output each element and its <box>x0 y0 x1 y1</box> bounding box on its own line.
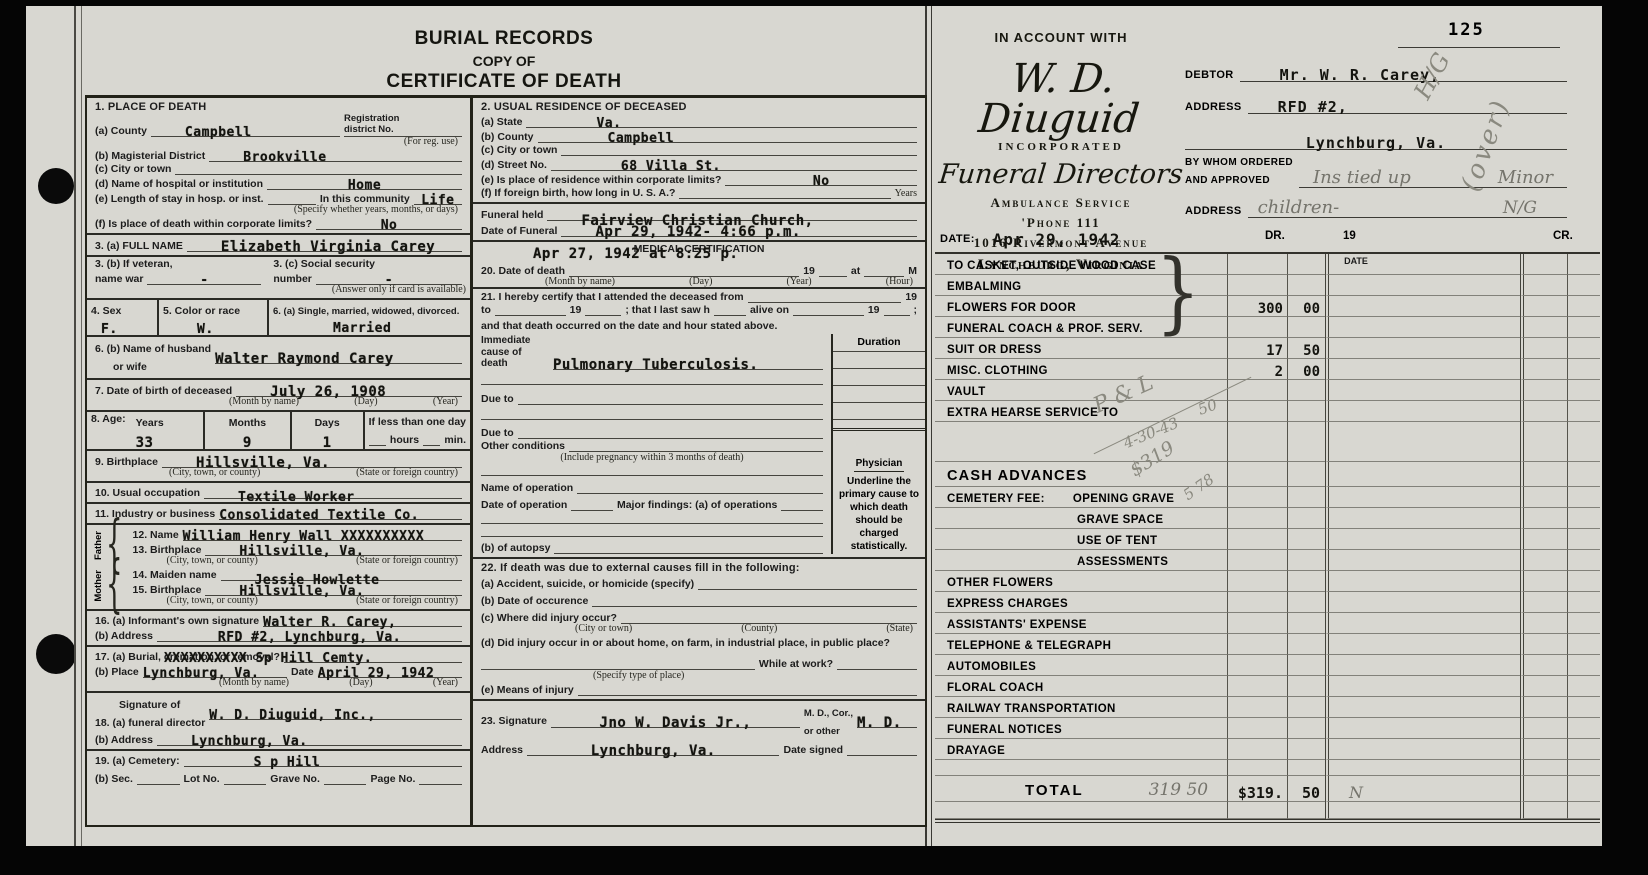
res-corporate-label: (e) Is place of residence within corpora… <box>481 174 721 186</box>
date-cell <box>1325 592 1383 613</box>
address-value-4: N/G <box>1503 200 1537 217</box>
min-label: min. <box>444 434 466 446</box>
cause-of-death-main: Immediate cause of death Pulmonary Tuber… <box>473 334 831 554</box>
father-label: Father <box>93 531 104 560</box>
date-cell <box>1325 508 1383 529</box>
memo-cell <box>1383 338 1520 359</box>
memo-cell <box>1383 655 1520 676</box>
birthplace-line: Hillsville, Va. <box>162 453 462 468</box>
field-physician-signature: 23. Signature Jno W. Davis Jr., M. D., C… <box>481 703 917 739</box>
attended-from-line <box>748 302 902 303</box>
full-name-line: Elizabeth Virginia Carey <box>187 237 462 252</box>
cr-cents-cell <box>1567 275 1600 296</box>
item-label: TO CASKET, OUTSIDE WOOD CASE <box>947 260 1156 272</box>
item-cell: OTHER FLOWERS <box>935 571 1227 592</box>
corporate-value: No <box>381 219 398 232</box>
dr-cents-cell <box>1287 508 1325 529</box>
county-line: Campbell <box>151 123 340 137</box>
address-value-3: children- <box>1258 199 1340 217</box>
informant-value: Walter R. Carey, <box>263 616 396 629</box>
informant-address-label: (b) Address <box>95 630 153 642</box>
memo-cell <box>1383 634 1520 655</box>
ledger-row-funeral-notices: FUNERAL NOTICES <box>935 718 1600 739</box>
certify-19a: 19 <box>905 291 917 303</box>
section-funeral-director: Signature of 18. (a) funeral director W.… <box>87 691 470 749</box>
occupation-line: Textile Worker <box>204 485 462 499</box>
item-cell: CASH ADVANCES <box>935 462 1227 487</box>
ssn-value: - <box>385 274 393 287</box>
certify-text-1: 21. I hereby certify that I attended the… <box>481 291 744 303</box>
field-res-city: (c) City or town <box>481 144 917 156</box>
cr-dollars-cell <box>1520 359 1567 380</box>
ledger-row-grave-space: GRAVE SPACE <box>935 508 1600 529</box>
cr-dollars-cell <box>1520 676 1567 697</box>
date-of-funeral-label: Date of Funeral <box>481 225 557 237</box>
memo-cell <box>1383 508 1520 529</box>
other-conditions-caption: (Include pregnancy within 3 months of de… <box>473 453 831 463</box>
cr-cents-cell <box>1567 739 1600 760</box>
certify-19b: 19 <box>570 304 582 316</box>
stay-caption-row: (Specify whether years, months, or days) <box>99 205 458 215</box>
section-funeral: Funeral held Fairview Christian Church, … <box>473 202 925 240</box>
memo-cell <box>1383 739 1520 760</box>
burial-place-line: Lynchburg, Va. <box>143 664 287 678</box>
sex-cell: 4. Sex F. <box>87 300 157 335</box>
certify-line-1: 21. I hereby certify that I attended the… <box>481 291 917 303</box>
date-cell <box>1325 275 1383 296</box>
blank-rule-3 <box>481 463 823 476</box>
dr-cents-cell <box>1287 487 1325 508</box>
date-cell <box>1325 529 1383 550</box>
date-cell <box>1325 422 1383 462</box>
immediate-cause-line: Pulmonary Tuberculosis. <box>553 355 823 370</box>
cause-of-death-grid: Immediate cause of death Pulmonary Tuber… <box>473 334 925 554</box>
occupation-value: Textile Worker <box>238 491 355 504</box>
memo-cell <box>1383 613 1520 634</box>
memo-cell <box>1383 776 1520 802</box>
cr-dollars-cell <box>1520 487 1567 508</box>
item-label: GRAVE SPACE <box>947 514 1163 526</box>
field-funeral-director: Signature of 18. (a) funeral director W.… <box>95 695 462 731</box>
section-occupation: 10. Usual occupation Textile Worker <box>87 481 470 502</box>
hours-line <box>369 445 386 446</box>
ordered-by-value-1: Ins tied up <box>1313 169 1411 187</box>
field-accident: (a) Accident, suicide, or homicide (spec… <box>481 578 917 590</box>
date-cell <box>1325 487 1383 508</box>
dr-cents-cell <box>1287 254 1325 275</box>
item-cell: RAILWAY TRANSPORTATION <box>935 697 1227 718</box>
mother-caption-2: (State or foreign country) <box>356 596 458 606</box>
blank-rule-4 <box>481 511 823 524</box>
ssn-caption: (Answer only if card is available) <box>332 285 466 295</box>
item-cell: EXPRESS CHARGES <box>935 592 1227 613</box>
less-than-day-label: If less than one day <box>369 416 466 428</box>
city-label: (c) City or town <box>95 163 171 175</box>
cr-cents-cell <box>1567 676 1600 697</box>
item-cell: DRAYAGE <box>935 739 1227 760</box>
dr-dollars-cell <box>1227 718 1287 739</box>
hours-min-row: hours min. <box>369 434 466 446</box>
physician-address-value: Lynchburg, Va. <box>591 744 716 758</box>
firm-name: W. D. Diuguid <box>931 59 1191 139</box>
full-name-value: Elizabeth Virginia Carey <box>221 240 435 254</box>
age-days-cell: Days 1 <box>290 412 363 449</box>
date-cell <box>1325 359 1383 380</box>
certify-line-3: and that death occurred on the date and … <box>481 320 917 332</box>
item-cell <box>935 802 1227 819</box>
veteran-line-row: name war - <box>95 271 261 285</box>
city-line <box>175 174 462 175</box>
lot-label: Lot No. <box>184 773 220 785</box>
age-years-value: 33 <box>136 436 164 450</box>
cr-cents-cell <box>1567 760 1600 776</box>
memo-cell <box>1383 317 1520 338</box>
cr-cents-cell <box>1567 422 1600 462</box>
cr-cents-cell <box>1567 296 1600 317</box>
dr-cents-cell <box>1287 655 1325 676</box>
field-birthplace: 9. Birthplace Hillsville, Va. <box>95 453 462 468</box>
dd-caption-day: (Day) <box>689 277 712 287</box>
ssn-line-row: number - <box>273 271 462 285</box>
dr-cents-cell: 00 <box>1287 296 1325 317</box>
dr-cents-cell <box>1287 401 1325 422</box>
county-value: Campbell <box>185 126 252 139</box>
mother-label: Mother <box>93 570 104 602</box>
cr-dollars-cell <box>1520 776 1567 802</box>
memo-cell <box>1383 359 1520 380</box>
dr-cents-cell <box>1287 592 1325 613</box>
dob-line: July 26, 1908 <box>236 382 462 397</box>
ordered-label-1: BY WHOM ORDERED <box>1185 157 1293 168</box>
county-label: (a) County <box>95 125 147 137</box>
alive-line <box>793 315 864 316</box>
date-signed-line <box>847 755 917 756</box>
cr-dollars-cell <box>1520 760 1567 776</box>
age-years-cell: 8. Age: Years 33 <box>87 412 203 449</box>
cr-dollars-cell <box>1520 802 1567 819</box>
ssn-label-1: 3. (c) Social security <box>273 258 470 270</box>
dr-dollars-cell <box>1227 760 1287 776</box>
item-cell: MISC. CLOTHING <box>935 359 1227 380</box>
duration-heading: Duration <box>833 334 925 352</box>
street-line: 68 Villa St. <box>551 157 917 171</box>
father-fields: 12. Name William Henry Wall XXXXXXXXXX 1… <box>125 526 470 566</box>
ssn-block: 3. (c) Social security number - (Answer … <box>269 258 470 295</box>
burial-line: XXXXXXXXXX Sp Hill Cemty. <box>284 649 462 663</box>
fd-address-line: Lynchburg, Va. <box>157 732 462 746</box>
accident-label: (a) Accident, suicide, or homicide (spec… <box>481 578 694 590</box>
dr-dollars-cell <box>1227 571 1287 592</box>
occurence-date-label: (b) Date of occurence <box>481 595 588 607</box>
section-age: 8. Age: Years 33 Months 9 Days 1 If less… <box>87 410 470 449</box>
ssn-caption-row: (Answer only if card is available) <box>273 285 466 295</box>
due-to-1-line <box>518 404 823 405</box>
dr-cents-cell <box>1287 676 1325 697</box>
fd-label-2: 18. (a) funeral director <box>95 717 205 729</box>
veteran-label-1: 3. (b) If veteran, <box>95 258 269 270</box>
memo-cell <box>1383 254 1520 275</box>
funeral-director-line: W. D. Diuguid, Inc., <box>209 706 462 720</box>
blank-rule-5 <box>481 524 823 537</box>
spouse-label: 6. (b) Name of husband or wife <box>95 339 211 375</box>
certify-semi: ; <box>914 304 918 316</box>
certify-alive: alive on <box>750 304 789 316</box>
certify-saw: ; that I last saw h <box>625 304 710 316</box>
veteran-label-2: name war <box>95 273 143 285</box>
cr-dollars-cell <box>1520 613 1567 634</box>
state-line: Va. <box>526 114 917 128</box>
birthplace-caption-2: (State or foreign country) <box>356 468 458 478</box>
field-street-no: (d) Street No. 68 Villa St. <box>481 157 917 171</box>
field-hospital: (d) Name of hospital or institution Home <box>95 176 462 190</box>
punch-hole-top <box>38 168 74 204</box>
dr-header: DR. <box>1265 230 1285 242</box>
age-label: 8. Age: <box>91 413 126 447</box>
date-cell <box>1325 655 1383 676</box>
stay-label: (e) Length of stay in hosp. or inst. <box>95 193 264 205</box>
veteran-line: - <box>147 271 261 285</box>
dr-dollars-cell <box>1227 462 1287 487</box>
title-line-1: BURIAL RECORDS <box>85 28 923 50</box>
cemetery-fee-label: CEMETERY FEE: <box>947 493 1045 505</box>
due-to-2-line <box>518 438 823 439</box>
physician-address-line: Lynchburg, Va. <box>527 741 779 756</box>
item-label: EMBALMING <box>947 281 1022 293</box>
item-cell: VAULT <box>935 380 1227 401</box>
dr-dollars: 300 <box>1258 302 1283 316</box>
address-line-1: RFD #2, <box>1248 98 1567 114</box>
cr-dollars-cell <box>1520 655 1567 676</box>
res-city-line <box>561 155 917 156</box>
cr-dollars-cell <box>1520 634 1567 655</box>
signature-label: 23. Signature <box>481 715 547 727</box>
item-cell: FUNERAL NOTICES <box>935 718 1227 739</box>
ledger-row-floral-coach: FLORAL COACH <box>935 676 1600 697</box>
dr-dollars-cell <box>1227 739 1287 760</box>
item-label: USE OF TENT <box>947 535 1157 547</box>
memo-cell <box>1383 676 1520 697</box>
field-date-of-funeral: Date of Funeral Apr 29, 1942- 4:66 p.m. <box>481 222 917 237</box>
injury-city-caption: (City or town) <box>575 624 632 634</box>
ledger-row-opening-grave: CEMETERY FEE:OPENING GRAVE <box>935 487 1600 508</box>
section-1-heading: 1. PLACE OF DEATH <box>95 101 470 113</box>
date-column-header: DATE <box>1344 256 1368 266</box>
ledger-row-express-charges: EXPRESS CHARGES <box>935 592 1600 613</box>
ledger-row-assistants-expense: ASSISTANTS' EXPENSE <box>935 613 1600 634</box>
address-value-1: RFD #2, <box>1278 100 1348 115</box>
section-spouse: 6. (b) Name of husband or wife Walter Ra… <box>87 335 470 378</box>
veteran-ssn-row: 3. (b) If veteran, name war - 3. (c) Soc… <box>87 258 470 295</box>
dob-label: 7. Date of birth of deceased <box>95 385 232 397</box>
street-value: 68 Villa St. <box>621 160 721 173</box>
cr-dollars-cell <box>1520 571 1567 592</box>
father-name-label: 12. Name <box>133 529 179 541</box>
dr-cents-cell <box>1287 571 1325 592</box>
to-line <box>495 315 566 316</box>
field-length-of-stay: (e) Length of stay in hosp. or inst. In … <box>95 191 462 205</box>
item-cell: AUTOMOBILES <box>935 655 1227 676</box>
ledger-row-extra-hearse: EXTRA HEARSE SERVICE TO <box>935 401 1600 422</box>
dd-year-line <box>819 276 847 277</box>
item-label: DRAYAGE <box>947 745 1005 757</box>
race-value: W. <box>197 323 263 336</box>
item-cell: GRAVE SPACE <box>935 508 1227 529</box>
field-foreign-birth: (f) If foreign birth, how long in U. S. … <box>481 187 917 199</box>
memo-cell <box>1383 487 1520 508</box>
cr-cents-cell <box>1567 776 1600 802</box>
item-cell: ASSESSMENTS <box>935 550 1227 571</box>
certify-19c: 19 <box>868 304 880 316</box>
dr-cents-cell <box>1287 422 1325 462</box>
res-corporate-value: No <box>813 175 830 188</box>
ledger-row-flowers: FLOWERS FOR DOOR 300 00 <box>935 296 1600 317</box>
dr-cents-cell <box>1287 462 1325 487</box>
cr-cents-cell <box>1567 571 1600 592</box>
date-cell <box>1325 462 1383 487</box>
memo-cell <box>1383 296 1520 317</box>
date-cell <box>1325 613 1383 634</box>
field-mother-birthplace: 15. Birthplace Hillsville, Va. <box>133 582 462 596</box>
dr-cents-cell <box>1287 613 1325 634</box>
alive-year-line <box>884 315 910 316</box>
ledger-brace: } <box>1156 248 1201 336</box>
field-immediate-cause: Immediate cause of death Pulmonary Tuber… <box>481 335 823 370</box>
for-reg-use-caption: (For reg. use) <box>404 137 458 147</box>
cr-cents-cell <box>1567 487 1600 508</box>
field-means-of-injury: (e) Means of injury <box>481 684 917 696</box>
injury-county-caption: (County) <box>741 624 777 634</box>
total-dr-dollars: $319. <box>1238 786 1283 801</box>
debtor-block: DEBTOR Mr. W. R. Carey, ADDRESS RFD #2, … <box>1185 48 1567 218</box>
field-res-county: (b) County Campbell <box>481 129 917 143</box>
ledger-row-blank-1 <box>935 422 1600 462</box>
dr-cents-cell <box>1287 760 1325 776</box>
ordered-by-value-2: Minor <box>1498 169 1553 187</box>
veteran-value: - <box>200 274 208 287</box>
major-findings-line <box>781 510 823 511</box>
state-label: (a) State <box>481 116 522 128</box>
cr-dollars-cell <box>1520 296 1567 317</box>
item-cell: FLORAL COACH <box>935 676 1227 697</box>
father-birthplace-value: Hillsville, Va. <box>239 545 364 558</box>
ledger-table: TO CASKET, OUTSIDE WOOD CASE DATE EMBALM… <box>935 252 1600 823</box>
field-physician-address: Address Lynchburg, Va. Date signed <box>481 741 917 756</box>
incorporated-label: INCORPORATED <box>935 141 1187 153</box>
mother-rotated-label: Mother { <box>93 566 125 606</box>
cr-dollars-cell <box>1520 317 1567 338</box>
dr-dollars-cell: 2 <box>1227 359 1287 380</box>
item-label: FLORAL COACH <box>947 682 1044 694</box>
date-cell <box>1325 739 1383 760</box>
dr-cents: 50 <box>1303 344 1320 358</box>
date-cell <box>1325 697 1383 718</box>
place-type-caption: (Specify type of place) <box>593 671 925 681</box>
field-father-name: 12. Name William Henry Wall XXXXXXXXXX <box>133 527 462 541</box>
item-label: MISC. CLOTHING <box>947 365 1048 377</box>
injury-home-label: (d) Did injury occur in or about home, o… <box>481 637 917 649</box>
field-res-corporate: (e) Is place of residence within corpora… <box>481 172 917 186</box>
cr-cents-cell <box>1567 550 1600 571</box>
immediate-cause-value: Pulmonary Tuberculosis. <box>553 358 758 372</box>
ledger-row-embalming: EMBALMING <box>935 275 1600 296</box>
cr-dollars-cell <box>1520 529 1567 550</box>
dr-dollars-cell <box>1227 550 1287 571</box>
informant-address-line: RFD #2, Lynchburg, Va. <box>157 628 462 642</box>
hospital-line: Home <box>267 176 462 190</box>
section-birthplace: 9. Birthplace Hillsville, Va. (City, tow… <box>87 449 470 481</box>
date-of-funeral-line: Apr 29, 1942- 4:66 p.m. <box>561 222 917 237</box>
pageno-line <box>419 784 462 785</box>
ledger-row-drayage: DRAYAGE <box>935 739 1600 760</box>
date-cell <box>1325 317 1383 338</box>
fd-label-1: Signature of <box>119 699 180 711</box>
address-label-2: ADDRESS <box>1185 205 1242 218</box>
certificate-left-column: 1. PLACE OF DEATH (a) County Campbell Re… <box>87 98 470 825</box>
registration-district: Registration district No. <box>344 114 462 137</box>
field-county: (a) County Campbell Registration distric… <box>95 114 462 137</box>
cr-dollars-cell <box>1520 550 1567 571</box>
dr-dollars-cell: $319. <box>1227 776 1287 802</box>
cemetery-value: S p Hill <box>254 756 321 769</box>
date-cell <box>1325 634 1383 655</box>
age-less-than-day-cell: If less than one day hours min. <box>363 412 470 449</box>
dr-cents-cell <box>1287 275 1325 296</box>
item-cell: ASSISTANTS' EXPENSE <box>935 613 1227 634</box>
memo-cell <box>1383 571 1520 592</box>
cr-dollars-cell <box>1520 254 1567 275</box>
mother-birthplace-value: Hillsville, Va. <box>239 585 364 598</box>
ordered-by-label: BY WHOM ORDERED AND APPROVED <box>1185 152 1293 188</box>
punch-hole-bottom <box>36 634 76 674</box>
date-cell <box>1325 676 1383 697</box>
field-magisterial-district: (b) Magisterial District Brookville <box>95 148 462 162</box>
min-line <box>423 445 440 446</box>
dr-cents-cell: 50 <box>1287 776 1325 802</box>
cemetery-line: S p Hill <box>184 753 462 767</box>
res-corporate-line: No <box>725 172 917 186</box>
occurence-date-line <box>592 606 917 607</box>
major-findings-label: Major findings: (a) of operations <box>617 499 777 511</box>
item-label: AUTOMOBILES <box>947 661 1036 673</box>
field-informant-signature: 16. (a) Informant's own signature Walter… <box>95 613 462 627</box>
dd-caption-year: (Year) <box>787 277 812 287</box>
foreign-birth-line <box>679 198 890 199</box>
hours-label: hours <box>390 434 419 446</box>
section-full-name: 3. (a) FULL NAME Elizabeth Virginia Care… <box>87 233 470 255</box>
ledger-row-assessments: ASSESSMENTS <box>935 550 1600 571</box>
blank-rule-2 <box>481 405 823 420</box>
md-value: M. D. <box>857 716 902 730</box>
age-months-label: Months <box>229 417 266 429</box>
cr-cents-cell <box>1567 508 1600 529</box>
name-of-operation-line <box>577 493 823 494</box>
dr-cents: 00 <box>1303 302 1320 316</box>
dr-dollars: 2 <box>1275 365 1283 379</box>
certificate-form: 1. PLACE OF DEATH (a) County Campbell Re… <box>85 95 927 827</box>
cr-cents-cell <box>1567 634 1600 655</box>
burial-value: XXXXXXXXXX Sp Hill Cemty. <box>164 652 372 665</box>
informant-address-value: RFD #2, Lynchburg, Va. <box>218 631 401 644</box>
magisterial-value: Brookville <box>243 151 326 164</box>
field-injury-location: (c) Where did injury occur? <box>481 612 917 624</box>
dr-dollars-cell <box>1227 676 1287 697</box>
burial-date-line: April 29, 1942 <box>318 664 462 678</box>
section-cemetery: 19. (a) Cemetery: S p Hill (b) Sec. Lot … <box>87 749 470 788</box>
spouse-label-2: or wife <box>113 361 147 373</box>
field-while-at-work: While at work? <box>481 658 917 670</box>
cr-dollars-cell <box>1520 338 1567 359</box>
date-of-funeral-value: Apr 29, 1942- 4:66 p.m. <box>595 225 800 239</box>
